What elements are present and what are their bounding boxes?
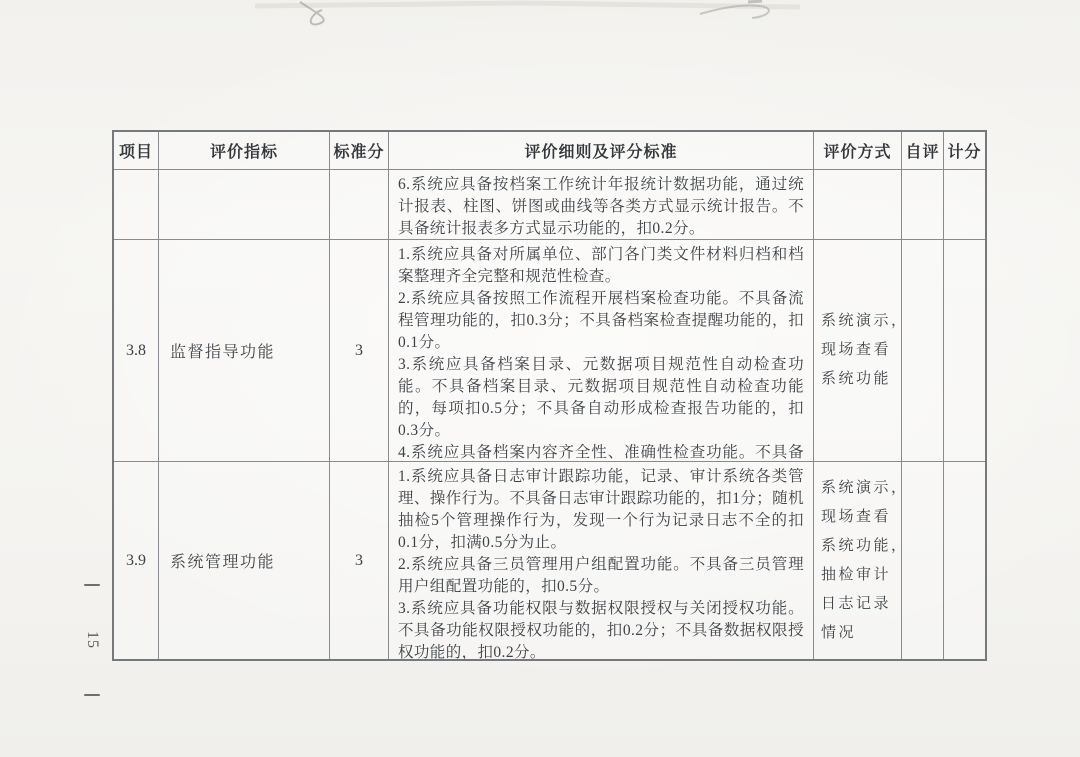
scanned-document-page: 15 项目 评价指标 标准分 评价细则及评分标准 评价方式 自评 计分 6.系统… [0, 0, 1080, 757]
cell-3.9-indicator: 系统管理功能 [159, 462, 330, 659]
cell-3.8-method: 系统演示， 现场查看 系统功能 [814, 240, 902, 462]
method-line: 抽检审计 [821, 561, 891, 590]
criteria-paragraph: 2.系统应具备三员管理用户组配置功能。不具备三员管理用户组配置功能的，扣0.5分… [398, 554, 804, 598]
criteria-paragraph: 4.系统应具备档案内容齐全性、准确性检查功能。不具备齐全性、准确性检查功能的，每… [398, 442, 804, 462]
cell-3.9-self-eval [902, 462, 944, 659]
header-cell-criteria: 评价细则及评分标准 [389, 132, 814, 170]
header-cell-item: 项目 [114, 132, 159, 170]
cell-3.8-score [944, 240, 985, 462]
cell-3.8-self-eval [902, 240, 944, 462]
cell-cont-standard-score [330, 170, 389, 240]
scan-artifacts [0, 0, 1080, 60]
page-number-dash [84, 584, 100, 586]
cell-cont-method [814, 170, 902, 240]
method-line: 情况 [821, 619, 856, 648]
method-line: 现场查看 [821, 503, 891, 532]
cell-3.9-score [944, 462, 985, 659]
cell-cont-self-eval [902, 170, 944, 240]
criteria-paragraph: 3.系统应具备功能权限与数据权限授权与关闭授权功能。不具备功能权限授权功能的，扣… [398, 598, 804, 659]
header-cell-standard-score: 标准分 [330, 132, 389, 170]
header-cell-indicator: 评价指标 [159, 132, 330, 170]
cell-cont-criteria: 6.系统应具备按档案工作统计年报统计数据功能，通过统计报表、柱图、饼图或曲线等各… [389, 170, 814, 240]
cell-cont-indicator [159, 170, 330, 240]
cell-3.8-standard-score: 3 [330, 240, 389, 462]
method-line: 系统功能 [821, 365, 891, 394]
method-line: 系统演示， [821, 474, 902, 503]
cell-3.8-indicator: 监督指导功能 [159, 240, 330, 462]
cell-3.8-criteria: 1.系统应具备对所属单位、部门各门类文件材料归档和档案整理齐全完整和规范性检查。… [389, 240, 814, 462]
page-number-value: 15 [83, 631, 101, 649]
page-number: 15 [72, 584, 112, 696]
evaluation-criteria-table: 项目 评价指标 标准分 评价细则及评分标准 评价方式 自评 计分 6.系统应具备… [112, 130, 987, 661]
cell-cont-item-no [114, 170, 159, 240]
method-line: 日志记录 [821, 590, 891, 619]
cell-3.9-method: 系统演示， 现场查看 系统功能， 抽检审计 日志记录 情况 [814, 462, 902, 659]
header-cell-self-eval: 自评 [902, 132, 944, 170]
criteria-paragraph: 6.系统应具备按档案工作统计年报统计数据功能，通过统计报表、柱图、饼图或曲线等各… [398, 174, 804, 240]
cell-cont-score [944, 170, 985, 240]
method-line: 现场查看 [821, 336, 891, 365]
criteria-paragraph: 1.系统应具备对所属单位、部门各门类文件材料归档和档案整理齐全完整和规范性检查。 [398, 244, 804, 288]
criteria-paragraph: 2.系统应具备按照工作流程开展档案检查功能。不具备流程管理功能的，扣0.3分；不… [398, 288, 804, 354]
cell-3.9-item-no: 3.9 [114, 462, 159, 659]
criteria-paragraph: 3.系统应具备档案目录、元数据项目规范性自动检查功能。不具备档案目录、元数据项目… [398, 354, 804, 442]
page-number-dash [84, 694, 100, 696]
cell-3.8-item-no: 3.8 [114, 240, 159, 462]
criteria-paragraph: 1.系统应具备日志审计跟踪功能，记录、审计系统各类管理、操作行为。不具备日志审计… [398, 466, 804, 554]
method-line: 系统功能， [821, 532, 902, 561]
header-cell-score: 计分 [944, 132, 985, 170]
cell-3.9-standard-score: 3 [330, 462, 389, 659]
cell-3.9-criteria: 1.系统应具备日志审计跟踪功能，记录、审计系统各类管理、操作行为。不具备日志审计… [389, 462, 814, 659]
method-line: 系统演示， [821, 307, 902, 336]
header-cell-method: 评价方式 [814, 132, 902, 170]
